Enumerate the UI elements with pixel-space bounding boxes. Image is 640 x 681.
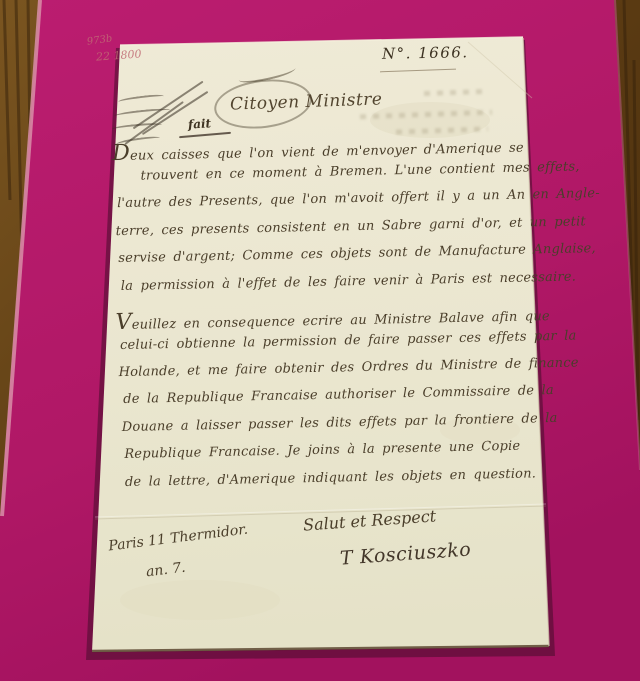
body-line: Deux caisses que l'on vient de m'envoyer… [112,134,524,165]
body-line: servise d'argent; Comme ces objets sont … [118,242,596,265]
body-line: de la lettre, d'Amerique indiquant les o… [125,467,536,489]
body-line: Douane a laisser passer les dits effets … [122,412,558,434]
body-line: la permission à l'effet de les faire ven… [121,270,576,293]
photograph-of-letter: 973b 22 1800 N°. 1666. Citoyen Ministre … [0,0,640,681]
body-line: celui-ci obtienne la permission de faire… [120,329,577,352]
body-line: de la Republique Francaise authoriser le… [123,384,554,406]
body-line: Holande, et me faire obtenir des Ordres … [119,356,579,379]
body-line: Republique Francaise. Je joins à la pres… [124,440,520,461]
body-line: Veuillez en consequence ecrire au Minist… [115,302,550,333]
body-line: terre, ces presents consistent en un Sab… [116,215,586,238]
letter-body: Deux caisses que l'on vient de m'envoyer… [0,0,640,681]
body-line: l'autre des Presents, que l'on m'avoit o… [117,187,600,210]
body-line: trouvent en ce moment à Bremen. L'une co… [140,160,579,182]
